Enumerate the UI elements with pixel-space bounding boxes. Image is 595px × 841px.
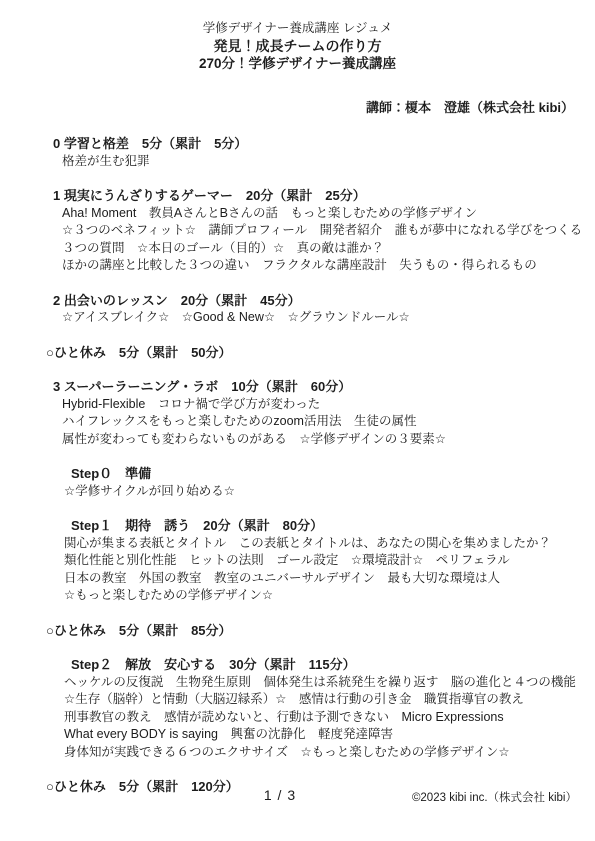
content-line: What every BODY is saying 興奮の沈静化 軽度発達障害 (64, 726, 585, 744)
content-line: 刑事教官の教え 感情が読めないと、行動は予測できない Micro Express… (64, 709, 585, 727)
section-block: 2 出会いのレッスン 20分（累計 45分）☆アイスブレイク☆ ☆Good & … (40, 292, 585, 327)
content-line: Hybrid-Flexible コロナ禍で学び方が変わった (62, 396, 585, 414)
agenda-body: 0 学習と格差 5分（累計 5分）格差が生む犯罪1 現実にうんざりするゲーマー … (0, 135, 595, 796)
section-heading: 2 出会いのレッスン 20分（累計 45分） (53, 292, 585, 310)
step-heading: Step０ 準備 (71, 465, 585, 483)
course-name: 学修デザイナー養成講座 レジュメ (0, 19, 595, 37)
section-block: 0 学習と格差 5分（累計 5分）格差が生む犯罪 (40, 135, 585, 170)
content-line: 属性が変わっても変わらないものがある ☆学修デザインの３要素☆ (62, 431, 585, 449)
content-line: ☆学修サイクルが回り始める☆ (64, 483, 585, 501)
break-block: ○ひと休み 5分（累計 85分） (40, 622, 585, 640)
page-footer: 1 / 3 ©2023 kibi inc.（株式会社 kibi） (0, 787, 595, 803)
course-duration: 270分！学修デザイナー養成講座 (0, 55, 595, 73)
section-block: 1 現実にうんざりするゲーマー 20分（累計 25分）Aha! Moment 教… (40, 187, 585, 275)
content-line: ３つの質問 ☆本日のゴール（目的）☆ 真の敵は誰か？ (62, 240, 585, 258)
step-block: Step１ 期待 誘う 20分（累計 80分）関心が集まる表紙とタイトル この表… (40, 517, 585, 605)
section-heading: 0 学習と格差 5分（累計 5分） (53, 135, 585, 153)
break-block: ○ひと休み 5分（累計 50分） (40, 344, 585, 362)
step-heading: Step１ 期待 誘う 20分（累計 80分） (71, 517, 585, 535)
document-page: 学修デザイナー養成講座 レジュメ 発見！成長チームの作り方 270分！学修デザイ… (0, 0, 595, 841)
content-line: 類化性能と別化性能 ヒットの法則 ゴール設定 ☆環境設計☆ ペリフェラル (64, 552, 585, 570)
document-header: 学修デザイナー養成講座 レジュメ 発見！成長チームの作り方 270分！学修デザイ… (0, 0, 595, 73)
content-line: 関心が集まる表紙とタイトル この表紙とタイトルは、あなたの関心を集めましたか？ (64, 535, 585, 553)
content-line: ☆３つのベネフィット☆ 講師プロフィール 開発者紹介 誰もが夢中になれる学びをつ… (62, 222, 585, 240)
break-heading: ○ひと休み 5分（累計 50分） (46, 344, 585, 362)
content-line: ☆アイスブレイク☆ ☆Good & New☆ ☆グラウンドルール☆ (62, 309, 585, 327)
section-block: 3 スーパーラーニング・ラボ 10分（累計 60分）Hybrid-Flexibl… (40, 378, 585, 448)
content-line: ハイフレックスをもっと楽しむためのzoom活用法 生徒の属性 (62, 413, 585, 431)
content-line: 格差が生む犯罪 (62, 153, 585, 171)
content-line: ヘッケルの反復説 生物発生原則 個体発生は系統発生を繰り返す 脳の進化と４つの機… (64, 674, 585, 692)
step-block: Step２ 解放 安心する 30分（累計 115分）ヘッケルの反復説 生物発生原… (40, 656, 585, 761)
content-line: ほかの講座と比較した３つの違い フラクタルな講座設計 失うもの・得られるもの (62, 257, 585, 275)
content-line: 身体知が実践できる６つのエクササイズ ☆もっと楽しむための学修デザイン☆ (64, 744, 585, 762)
step-block: Step０ 準備☆学修サイクルが回り始める☆ (40, 465, 585, 500)
content-line: Aha! Moment 教員AさんとBさんの話 もっと楽しむための学修デザイン (62, 205, 585, 223)
instructor-line: 講師：榎本 澄雄（株式会社 kibi） (0, 97, 595, 116)
section-heading: 3 スーパーラーニング・ラボ 10分（累計 60分） (53, 378, 585, 396)
content-line: ☆生存（脳幹）と情動（大脳辺縁系）☆ 感情は行動の引き金 職質指導官の教え (64, 691, 585, 709)
content-line: 日本の教室 外国の教室 教室のユニバーサルデザイン 最も大切な環境は人 (64, 570, 585, 588)
document-title: 発見！成長チームの作り方 (0, 37, 595, 55)
step-heading: Step２ 解放 安心する 30分（累計 115分） (71, 656, 585, 674)
content-line: ☆もっと楽しむための学修デザイン☆ (64, 587, 585, 605)
copyright-notice: ©2023 kibi inc.（株式会社 kibi） (412, 789, 577, 805)
section-heading: 1 現実にうんざりするゲーマー 20分（累計 25分） (53, 187, 585, 205)
break-heading: ○ひと休み 5分（累計 85分） (46, 622, 585, 640)
